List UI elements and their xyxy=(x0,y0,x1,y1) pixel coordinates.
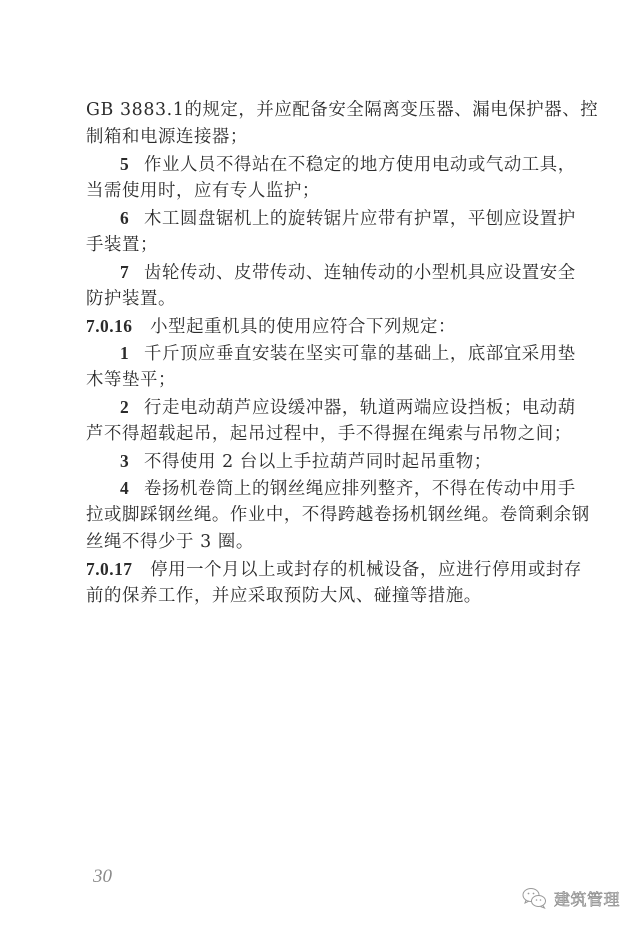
wechat-icon xyxy=(522,886,548,910)
text-line: 防护装置。 xyxy=(86,286,560,313)
list-item-1: 1千斤顶应垂直安装在坚实可靠的基础上，底部宜采用垫 xyxy=(86,340,560,367)
item-number: 5 xyxy=(120,151,144,178)
text-line: 拉或脚踩钢丝绳。作业中，不得跨越卷扬机钢丝绳。卷筒剩余钢 xyxy=(86,502,560,529)
text-line: 制箱和电源连接器； xyxy=(86,124,560,151)
clause-number: 7.0.17 xyxy=(86,556,144,583)
clause-7-0-17: 7.0.17 停用一个月以上或封存的机械设备，应进行停用或封存 xyxy=(86,556,560,583)
text-line: 丝绳不得少于 3 圈。 xyxy=(86,529,560,556)
text-line: 前的保养工作，并应采取预防大风、碰撞等措施。 xyxy=(86,583,560,610)
list-item-4: 4卷扬机卷筒上的钢丝绳应排列整齐，不得在传动中用手 xyxy=(86,475,560,502)
clause-7-0-16: 7.0.16 小型起重机具的使用应符合下列规定： xyxy=(86,313,560,340)
item-number: 3 xyxy=(120,448,144,475)
list-item-6: 6木工圆盘锯机上的旋转锯片应带有护罩，平刨应设置护 xyxy=(86,205,560,232)
item-number: 2 xyxy=(120,394,144,421)
text-line: 当需使用时，应有专人监护； xyxy=(86,178,560,205)
list-item-5: 5作业人员不得站在不稳定的地方使用电动或气动工具， xyxy=(86,151,560,178)
text-line: 木等垫平； xyxy=(86,367,560,394)
page-number: 30 xyxy=(93,866,112,888)
item-number: 6 xyxy=(120,205,144,232)
document-body: GB 3883.1的规定，并应配备安全隔离变压器、漏电保护器、控 制箱和电源连接… xyxy=(86,97,560,610)
watermark: 建筑管理 xyxy=(522,886,620,910)
text-line: 手装置； xyxy=(86,232,560,259)
list-item-2: 2行走电动葫芦应设缓冲器，轨道两端应设挡板；电动葫 xyxy=(86,394,560,421)
clause-number: 7.0.16 xyxy=(86,313,144,340)
list-item-3: 3不得使用 2 台以上手拉葫芦同时起吊重物； xyxy=(86,448,560,475)
text-line: 芦不得超载起吊，起吊过程中，手不得握在绳索与吊物之间； xyxy=(86,421,560,448)
text-line: GB 3883.1的规定，并应配备安全隔离变压器、漏电保护器、控 xyxy=(86,97,560,124)
watermark-text: 建筑管理 xyxy=(554,887,620,910)
list-item-7: 7齿轮传动、皮带传动、连轴传动的小型机具应设置安全 xyxy=(86,259,560,286)
item-number: 4 xyxy=(120,475,144,502)
item-number: 7 xyxy=(120,259,144,286)
item-number: 1 xyxy=(120,340,144,367)
